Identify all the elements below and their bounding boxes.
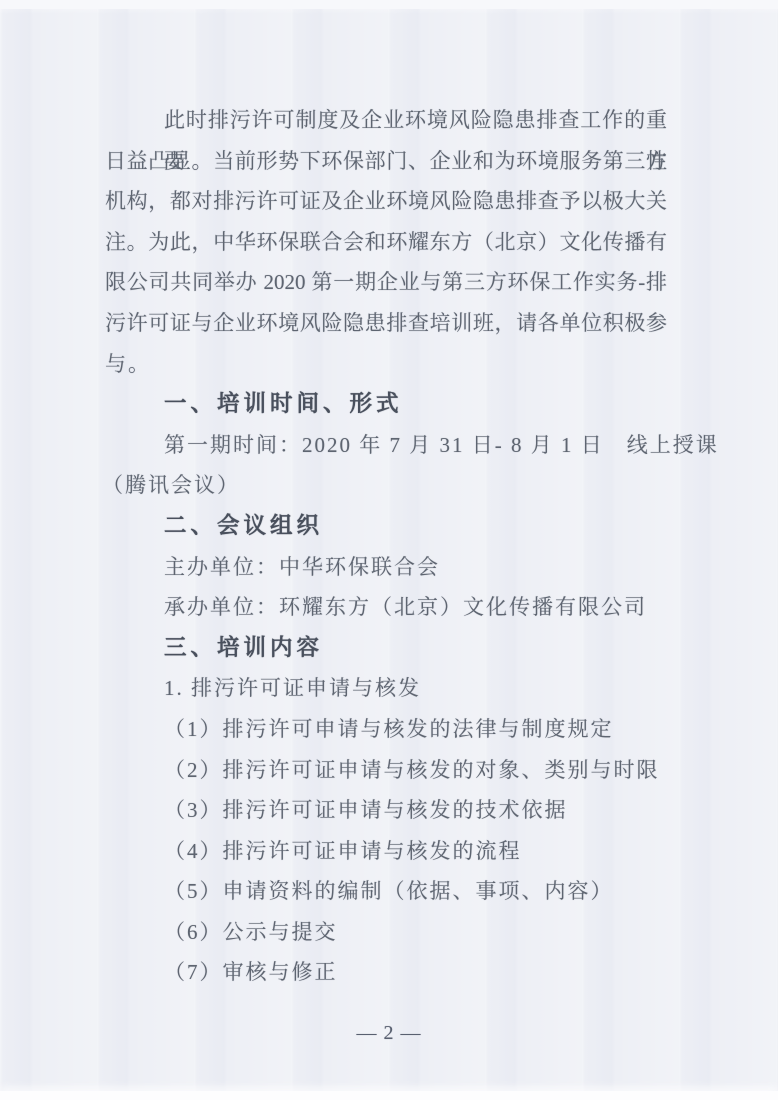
scanned-document-page: 此时排污许可制度及企业环境风险隐患排查工作的重要性 日益凸显。当前形势下环保部门…: [0, 0, 778, 1100]
section-3-item-1: （1）排污许可申请与核发的法律与制度规定: [105, 709, 667, 750]
section-2-organizer-line: 承办单位：环耀东方（北京）文化传播有限公司: [105, 587, 667, 628]
page-number: — 2 —: [0, 1013, 778, 1053]
document-body: 此时排污许可制度及企业环境风险隐患排查工作的重要性 日益凸显。当前形势下环保部门…: [105, 100, 667, 993]
intro-line-5: 限公司共同举办 2020 第一期企业与第三方环保工作实务-排: [105, 262, 667, 303]
intro-line-3: 机构，都对排污许可证及企业环境风险隐患排查予以极大关: [105, 181, 667, 222]
section-3-topic-line: 1. 排污许可证申请与核发: [105, 668, 667, 709]
section-1-heading: 一、培训时间、形式: [105, 384, 667, 425]
section-3-heading: 三、培训内容: [105, 628, 667, 669]
section-3-item-5: （5）申请资料的编制（依据、事项、内容）: [105, 871, 667, 912]
section-2-heading: 二、会议组织: [105, 506, 667, 547]
section-3-item-6: （6）公示与提交: [105, 912, 667, 953]
intro-line-4: 注。为此，中华环保联合会和环耀东方（北京）文化传播有: [105, 222, 667, 263]
intro-line-2: 日益凸显。当前形势下环保部门、企业和为环境服务第三方: [105, 141, 667, 182]
scan-bottom-edge: [0, 1091, 778, 1100]
scan-top-edge: [0, 0, 778, 9]
section-1-platform-line: （腾讯会议）: [102, 465, 667, 506]
intro-line-6: 污许可证与企业环境风险隐患排查培训班，请各单位积极参: [105, 303, 667, 344]
intro-line-1: 此时排污许可制度及企业环境风险隐患排查工作的重要性: [105, 100, 667, 141]
intro-line-7: 与。: [105, 344, 667, 385]
section-3-item-2: （2）排污许可证申请与核发的对象、类别与时限: [105, 750, 667, 791]
section-3-item-3: （3）排污许可证申请与核发的技术依据: [105, 790, 667, 831]
section-1-schedule-line: 第一期时间：2020 年 7 月 31 日- 8 月 1 日 线上授课: [105, 425, 667, 466]
section-3-item-4: （4）排污许可证申请与核发的流程: [105, 831, 667, 872]
section-2-host-line: 主办单位：中华环保联合会: [105, 547, 667, 588]
section-3-item-7: （7）审核与修正: [105, 952, 667, 993]
